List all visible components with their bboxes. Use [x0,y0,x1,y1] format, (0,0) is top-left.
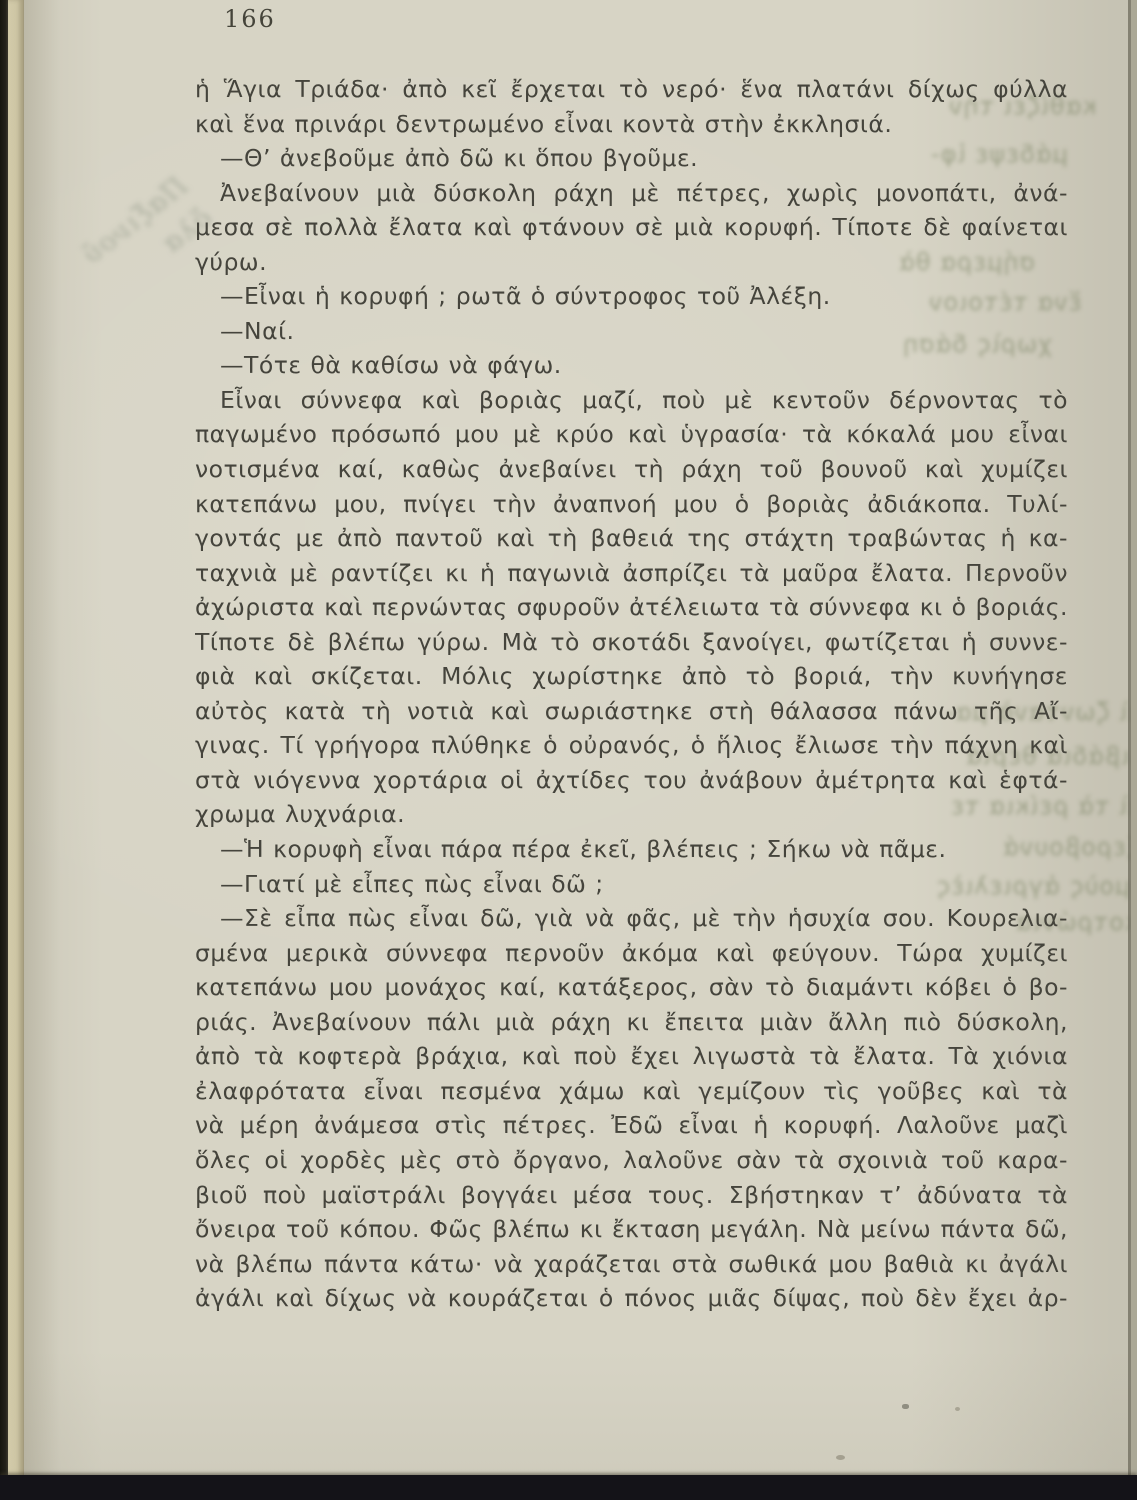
text-line: καὶ ἕνα πρινάρι δεντρωμένο εἶναι κοντὰ σ… [195,107,1068,142]
text-line: —Τότε θὰ καθίσω νὰ φάγω. [195,348,1068,383]
text-line: Εἶναι σύννεφα καὶ βοριὰς μαζί, ποὺ μὲ κε… [195,383,1068,418]
paper-speck [902,1404,909,1409]
page-right-edge-shadow [1131,0,1137,1476]
text-line: γύρω. [195,245,1068,280]
text-line: ριάς. Ἀνεβαίνουν πάλι μιὰ ράχη κι ἔπειτα… [195,1005,1068,1040]
text-line: φιὰ καὶ σκίζεται. Μόλις χωρίστηκε ἀπὸ τὸ… [195,659,1068,694]
text-line: μεσα σὲ πολλὰ ἔλατα καὶ φτάνουν σὲ μιὰ κ… [195,210,1068,245]
body-text: ἡ Ἅγια Τριάδα· ἀπὸ κεῖ ἔρχεται τὸ νερό· … [195,72,1068,1316]
scanned-book-page: καθίζει τὴν μάδεψε ἰφ- σήμερα θὰ ἕνα τέτ… [0,0,1137,1500]
text-line: —Ἡ κορυφὴ εἶναι πάρα πέρα ἐκεῖ, βλέπεις … [195,832,1068,867]
text-line: κατεπάνω μου μονάχος καί, κατάξερος, σὰν… [195,970,1068,1005]
text-line: —Σὲ εἶπα πὼς εἶναι δῶ, γιὰ νὰ φᾶς, μὲ τὴ… [195,901,1068,936]
text-line: παγωμένο πρόσωπό μου μὲ κρύο καὶ ὑγρασία… [195,417,1068,452]
text-line: Ἀνεβαίνουν μιὰ δύσκολη ράχη μὲ πέτρες, χ… [195,176,1068,211]
page-edges-strip [8,0,24,1482]
text-line: κατεπάνω μου, πνίγει τὴν ἀναπνοή μου ὁ β… [195,487,1068,522]
text-line: γινας. Τί γρήγορα πλύθηκε ὁ οὐρανός, ὁ ἥ… [195,728,1068,763]
page-number: 166 [224,5,276,33]
scan-background-band [0,1475,1137,1500]
page-crease-shadow [24,0,60,1480]
book-binding-gutter [0,0,8,1500]
text-line: ταχνιὰ μὲ ραντίζει κι ἡ παγωνιὰ ἀσπρίζει… [195,556,1068,591]
text-line: ἀπὸ τὰ κοφτερὰ βράχια, καὶ ποὺ ἔχει λιγω… [195,1039,1068,1074]
text-line: —Γιατί μὲ εἶπες πὼς εἶναι δῶ ; [195,867,1068,902]
text-line: νοτισμένα καί, καθὼς ἀνεβαίνει τὴ ράχη τ… [195,452,1068,487]
text-line: ἀγάλι καὶ δίχως νὰ κουράζεται ὁ πόνος μι… [195,1281,1068,1316]
text-line: Τίποτε δὲ βλέπω γύρω. Μὰ τὸ σκοτάδι ξανο… [195,625,1068,660]
text-line: χρωμα λυχνάρια. [195,797,1068,832]
text-line: —Ναί. [195,314,1068,349]
text-line: ἀχώριστα καὶ περνώντας σφυροῦν ἀτέλειωτα… [195,590,1068,625]
text-line: αὐτὸς κατὰ τὴ νοτιὰ καὶ σωριάστηκε στὴ θ… [195,694,1068,729]
text-line: στὰ νιόγεννα χορτάρια οἱ ἀχτίδες του ἀνά… [195,763,1068,798]
text-line: ὅλες οἱ χορδὲς μὲς στὸ ὄργανο, λαλοῦνε σ… [195,1143,1068,1178]
paper-speck [955,1407,960,1411]
text-line: —Εἶναι ἡ κορυφή ; ρωτᾶ ὁ σύντροφος τοῦ Ἀ… [195,279,1068,314]
text-line: ὄνειρα τοῦ κόπου. Φῶς βλέπω κι ἔκταση με… [195,1212,1068,1247]
text-line: —Θ’ ἀνεβοῦμε ἀπὸ δῶ κι ὅπου βγοῦμε. [195,141,1068,176]
text-line: βιοῦ ποὺ μαϊστράλι βογγάει μέσα τους. Σβ… [195,1178,1068,1213]
text-line: νὰ μέρη ἀνάμεσα στὶς πέτρες. Ἐδῶ εἶναι ἡ… [195,1108,1068,1143]
paper-speck [836,1455,845,1460]
text-line: νὰ βλέπω πάντα κάτω· νὰ χαράζεται στὰ σω… [195,1247,1068,1282]
text-line: ἡ Ἅγια Τριάδα· ἀπὸ κεῖ ἔρχεται τὸ νερό· … [195,72,1068,107]
text-line: σμένα μερικὰ σύννεφα περνοῦν ἀκόμα καὶ φ… [195,936,1068,971]
text-line: γοντάς με ἀπὸ παντοῦ καὶ τὴ βαθειά της σ… [195,521,1068,556]
text-line: ἐλαφρότατα εἶναι πεσμένα χάμω καὶ γεμίζο… [195,1074,1068,1109]
